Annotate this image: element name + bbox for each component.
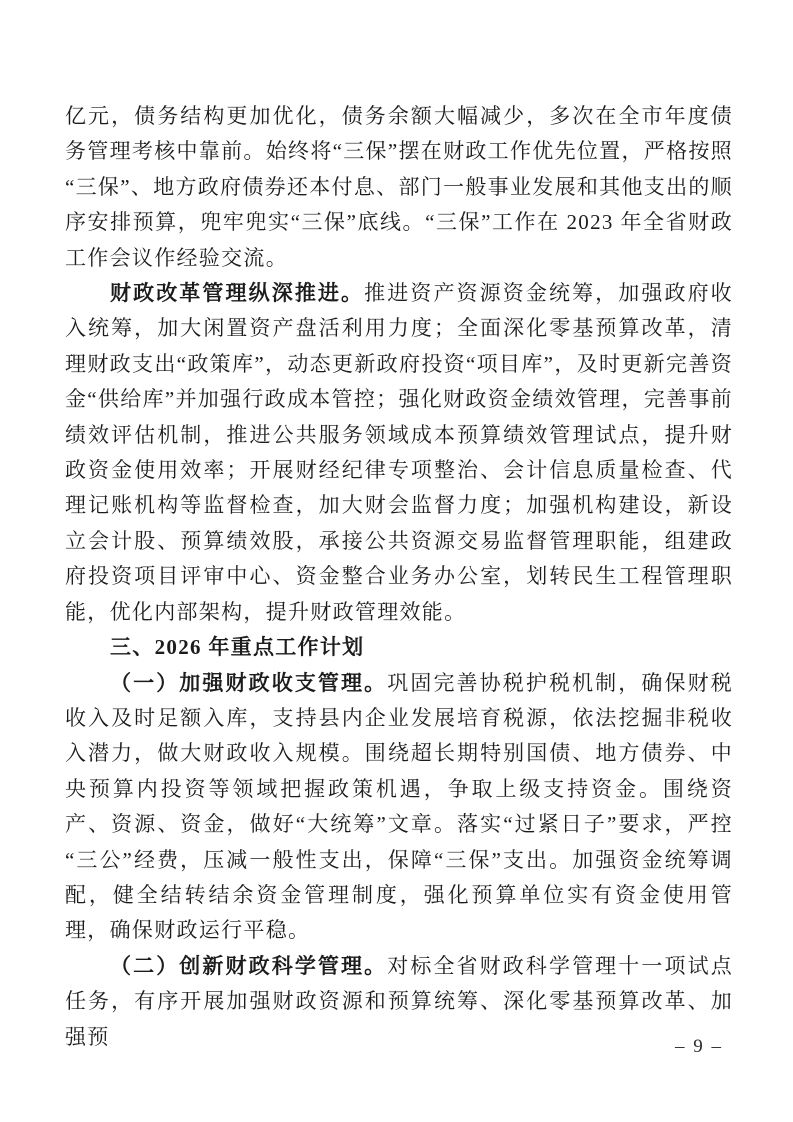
paragraph: 亿元，债务结构更加优化，债务余额大幅减少，多次在全市年度债务管理考核中靠前。始终… xyxy=(65,99,733,276)
paragraph: 财政改革管理纵深推进。推进资产资源资金统筹，加强政府收入统筹，加大闲置资产盘活利… xyxy=(65,276,733,630)
paragraph-bold-lead: 三、2026 年重点工作计划 xyxy=(110,635,364,659)
document-page: 亿元，债务结构更加优化，债务余额大幅减少，多次在全市年度债务管理考核中靠前。始终… xyxy=(0,0,793,1122)
paragraph-bold-lead: （一）加强财政收支管理。 xyxy=(110,671,387,695)
paragraph: （一）加强财政收支管理。巩固完善协税护税机制，确保财税收入及时足额入库，支持县内… xyxy=(65,666,733,949)
page-number: – 9 – xyxy=(675,1036,723,1058)
document-body: 亿元，债务结构更加优化，债务余额大幅减少，多次在全市年度债务管理考核中靠前。始终… xyxy=(65,99,733,1055)
paragraph: （二）创新财政科学管理。对标全省财政科学管理十一项试点任务，有序开展加强财政资源… xyxy=(65,949,733,1055)
paragraph-bold-lead: 财政改革管理纵深推进。 xyxy=(110,281,364,305)
section-heading: 三、2026 年重点工作计划 xyxy=(65,630,733,665)
paragraph-bold-lead: （二）创新财政科学管理。 xyxy=(110,954,387,978)
